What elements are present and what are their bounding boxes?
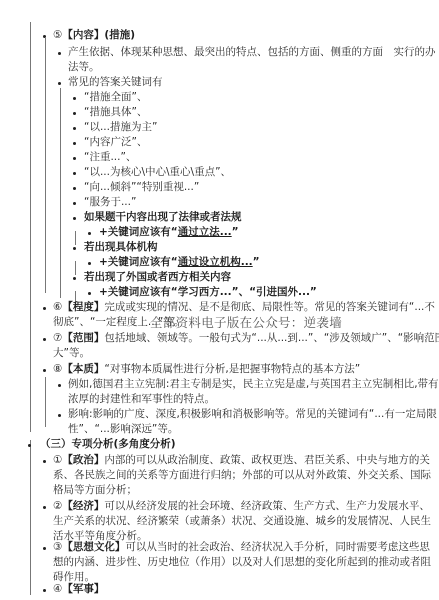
bullet: [73, 142, 76, 145]
text-line: 性”、“...影响深远”等。: [68, 422, 437, 437]
bullet: [73, 277, 76, 280]
keyword-item: “以...为核心\中心\重心\重点”、: [84, 165, 231, 180]
keywords-heading: 常见的答案关键词有: [68, 75, 163, 90]
section-marker: ⑦: [53, 332, 62, 344]
outline-guide-level4a: [75, 231, 76, 245]
bullet: [43, 307, 46, 310]
item-title: 【军事】: [62, 583, 104, 595]
bullet: [43, 547, 46, 550]
outline-guide-level2: [45, 38, 46, 293]
section-title: 【程度】: [62, 301, 104, 313]
military-item: ④【军事】: [53, 582, 104, 597]
text-line: 大”等。: [53, 346, 439, 361]
keyword-text: 通过设立机构...: [178, 256, 253, 268]
bullet: [43, 338, 46, 341]
section-8-impact: 影响:影响的广度、深度,积极影响和消极影响等。常见的关键词有“...有一定局限 …: [68, 407, 437, 437]
part-3-heading: （三）专项分析(多角度分析): [40, 437, 176, 452]
item-marker: ①: [53, 454, 62, 466]
item-title: 【政治】: [62, 454, 104, 466]
outline-guide-level1: [30, 22, 31, 432]
section-marker: ⑧: [53, 363, 62, 375]
bullet: [88, 292, 91, 295]
bullet: [73, 97, 76, 100]
bullet: [58, 82, 61, 85]
condition-law: 如果题干内容出现了法律或者法规: [84, 210, 242, 225]
section-marker: ⑥: [53, 301, 62, 313]
text-line: 影响:影响的广度、深度,积极影响和消极影响等。常见的关键词有“...有一定局限: [68, 407, 437, 422]
item-title: 【经济】: [62, 500, 104, 512]
condition-foreign-keyword: +关键词应该有“学习西方...”、“引进国外...”: [99, 285, 317, 300]
condition-law-keyword: +关键词应该有“通过立法...”: [99, 225, 239, 240]
item-title: 【思想文化】: [62, 541, 125, 553]
outline-guide-section8: [45, 377, 46, 427]
text-line: 完成或实现的情况、是不是彻底、局限性等。常见的答案关键词有“...不: [104, 301, 434, 313]
section-title: 【范围】: [62, 332, 104, 344]
keyword-prefix: +关键词应该有“: [99, 256, 178, 268]
text-line: 内部的可以从政治制度、政策、政权更迭、君臣关系、中央与地方的关: [104, 454, 430, 466]
item-marker: ④: [53, 583, 62, 595]
bullet: [73, 172, 76, 175]
outline-guide-level1-b: [30, 440, 31, 595]
keyword-suffix: ”: [253, 256, 260, 268]
text-line: 可以从经济发展的社会环境、经济政策、生产方式、生产力发展水平、: [104, 500, 430, 512]
condition-institution-keyword: +关键词应该有“通过设立机构...”: [99, 255, 260, 270]
watermark-text: 全部资料电子版在公众号：逆袭墙: [150, 313, 342, 331]
bullet: [73, 217, 76, 220]
bullet: [28, 444, 31, 447]
bullet: [58, 384, 61, 387]
bullet: [58, 52, 61, 55]
keyword-item: “措施具体”、: [84, 105, 147, 120]
bullet: [43, 35, 46, 38]
text-line: 碍作用。: [53, 570, 431, 585]
keyword-item: “内容广泛”、: [84, 135, 147, 150]
keyword-item: “服务于...”: [84, 195, 136, 210]
section-5-heading: ⑤【内容】(措施): [53, 28, 135, 43]
document-page: ⑤【内容】(措施) 产生依据、体现某种思想、最突出的特点、包括的方面、侧重的方面…: [0, 0, 439, 600]
keyword-text: 通过立法...: [178, 226, 232, 238]
text-line: 法等。: [68, 60, 436, 75]
section-5-description: 产生依据、体现某种思想、最突出的特点、包括的方面、侧重的方面 实行的办 法等。: [68, 45, 436, 75]
bullet: [43, 506, 46, 509]
culture-item: ③【思想文化】可以从当时的社会政治、经济状况入手分析，同时需要考虑这些思 想的内…: [53, 540, 431, 585]
bullet: [73, 187, 76, 190]
outline-guide-level4b: [75, 261, 76, 275]
politics-item: ①【政治】内部的可以从政治制度、政策、政权更迭、君臣关系、中央与地方的关 系、各…: [53, 453, 431, 498]
keyword-item: “措施全面”、: [84, 90, 147, 105]
bullet: [43, 589, 46, 592]
bullet: [73, 127, 76, 130]
bullet: [58, 414, 61, 417]
bullet: [43, 460, 46, 463]
text-line: 系、各民族之间的关系等方面进行归纳；外部的可以从对外政策、外交关系、国际: [53, 468, 431, 483]
outline-guide-level3: [60, 88, 61, 298]
bullet: [43, 369, 46, 372]
text-line: “对事物本质属性进行分析,是把握事物特点的基本方法”: [104, 363, 360, 375]
section-title: 【内容】: [62, 29, 104, 41]
section-8-heading: ⑧【本质】“对事物本质属性进行分析,是把握事物特点的基本方法”: [53, 362, 360, 377]
economy-item: ②【经济】可以从经济发展的社会环境、经济政策、生产方式、生产力发展水平、 生产关…: [53, 499, 431, 544]
text-line: 生产关系的状况、经济繁荣（或萧条）状况、交通设施、城乡的发展情况、人民生: [53, 514, 431, 529]
bullet: [73, 202, 76, 205]
bullet: [73, 157, 76, 160]
keyword-item: “注重...”、: [84, 150, 136, 165]
section-marker: ⑤: [53, 29, 62, 41]
item-marker: ②: [53, 500, 62, 512]
bullet: [73, 247, 76, 250]
text-line: 格局等方面分析；: [53, 483, 431, 498]
bullet: [88, 262, 91, 265]
keyword-prefix: +关键词应该有“: [99, 226, 178, 238]
keyword-item: “向...倾斜”“特别重视...”: [84, 180, 199, 195]
keyword-suffix: ”: [232, 226, 239, 238]
condition-foreign: 若出现了外国或者西方相关内容: [84, 270, 231, 285]
text-line: 浓厚的封建性和军事性的特点。: [68, 392, 439, 407]
text-line: 包括地域、领域等。一般句式为“...从...到...”、“涉及领域广”、“影响范…: [104, 332, 439, 344]
item-marker: ③: [53, 541, 62, 553]
keyword-item: “以...措施为主”: [84, 120, 157, 135]
text-line: 产生依据、体现某种思想、最突出的特点、包括的方面、侧重的方面 实行的办: [68, 45, 436, 60]
condition-institution: 若出现具体机构: [84, 240, 158, 255]
section-7: ⑦【范围】包括地域、领域等。一般句式为“...从...到...”、“涉及领域广”…: [53, 331, 439, 361]
text-line: 想的内涵、进步性、历史地位（作用）以及对人们思想的变化所起到的推动或者阻: [53, 555, 431, 570]
section-subtitle: (措施): [104, 29, 135, 41]
section-8-example: 例如,德国君主立宪制:君主专制是实，民主立宪是虚,与英国君主立宪制相比,带有 浓…: [68, 377, 439, 407]
text-line: 可以从当时的社会政治、经济状况入手分析，同时需要考虑这些思: [125, 541, 430, 553]
bullet: [88, 232, 91, 235]
text-line: 例如,德国君主立宪制:君主专制是实，民主立宪是虚,与英国君主立宪制相比,带有: [68, 377, 439, 392]
section-title: 【本质】: [62, 363, 104, 375]
bullet: [73, 112, 76, 115]
